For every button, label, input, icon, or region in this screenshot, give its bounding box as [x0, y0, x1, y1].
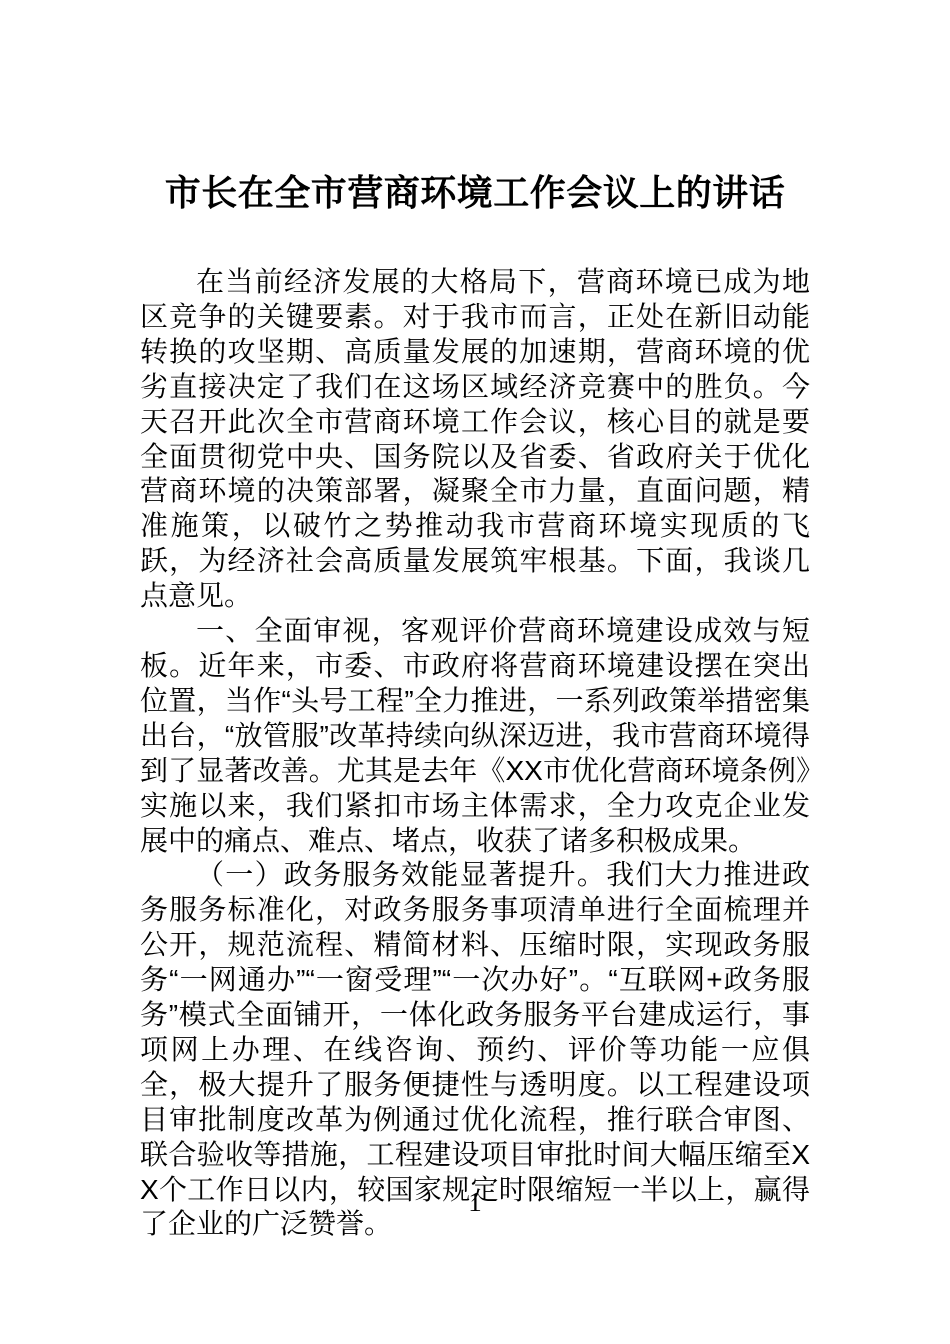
document-title: 市长在全市营商环境工作会议上的讲话	[0, 0, 950, 215]
document-page: 市长在全市营商环境工作会议上的讲话 在当前经济发展的大格局下，营商环境已成为地区…	[0, 0, 950, 1344]
page-number: 1	[0, 1186, 950, 1218]
document-body: 在当前经济发展的大格局下，营商环境已成为地区竞争的关键要素。对于我市而言，正处在…	[140, 265, 810, 1242]
paragraph: 一、全面审视，客观评价营商环境建设成效与短板。近年来，市委、市政府将营商环境建设…	[140, 614, 810, 858]
paragraph: 在当前经济发展的大格局下，营商环境已成为地区竞争的关键要素。对于我市而言，正处在…	[140, 265, 810, 614]
paragraph: （一）政务服务效能显著提升。我们大力推进政务服务标准化，对政务服务事项清单进行全…	[140, 858, 810, 1242]
